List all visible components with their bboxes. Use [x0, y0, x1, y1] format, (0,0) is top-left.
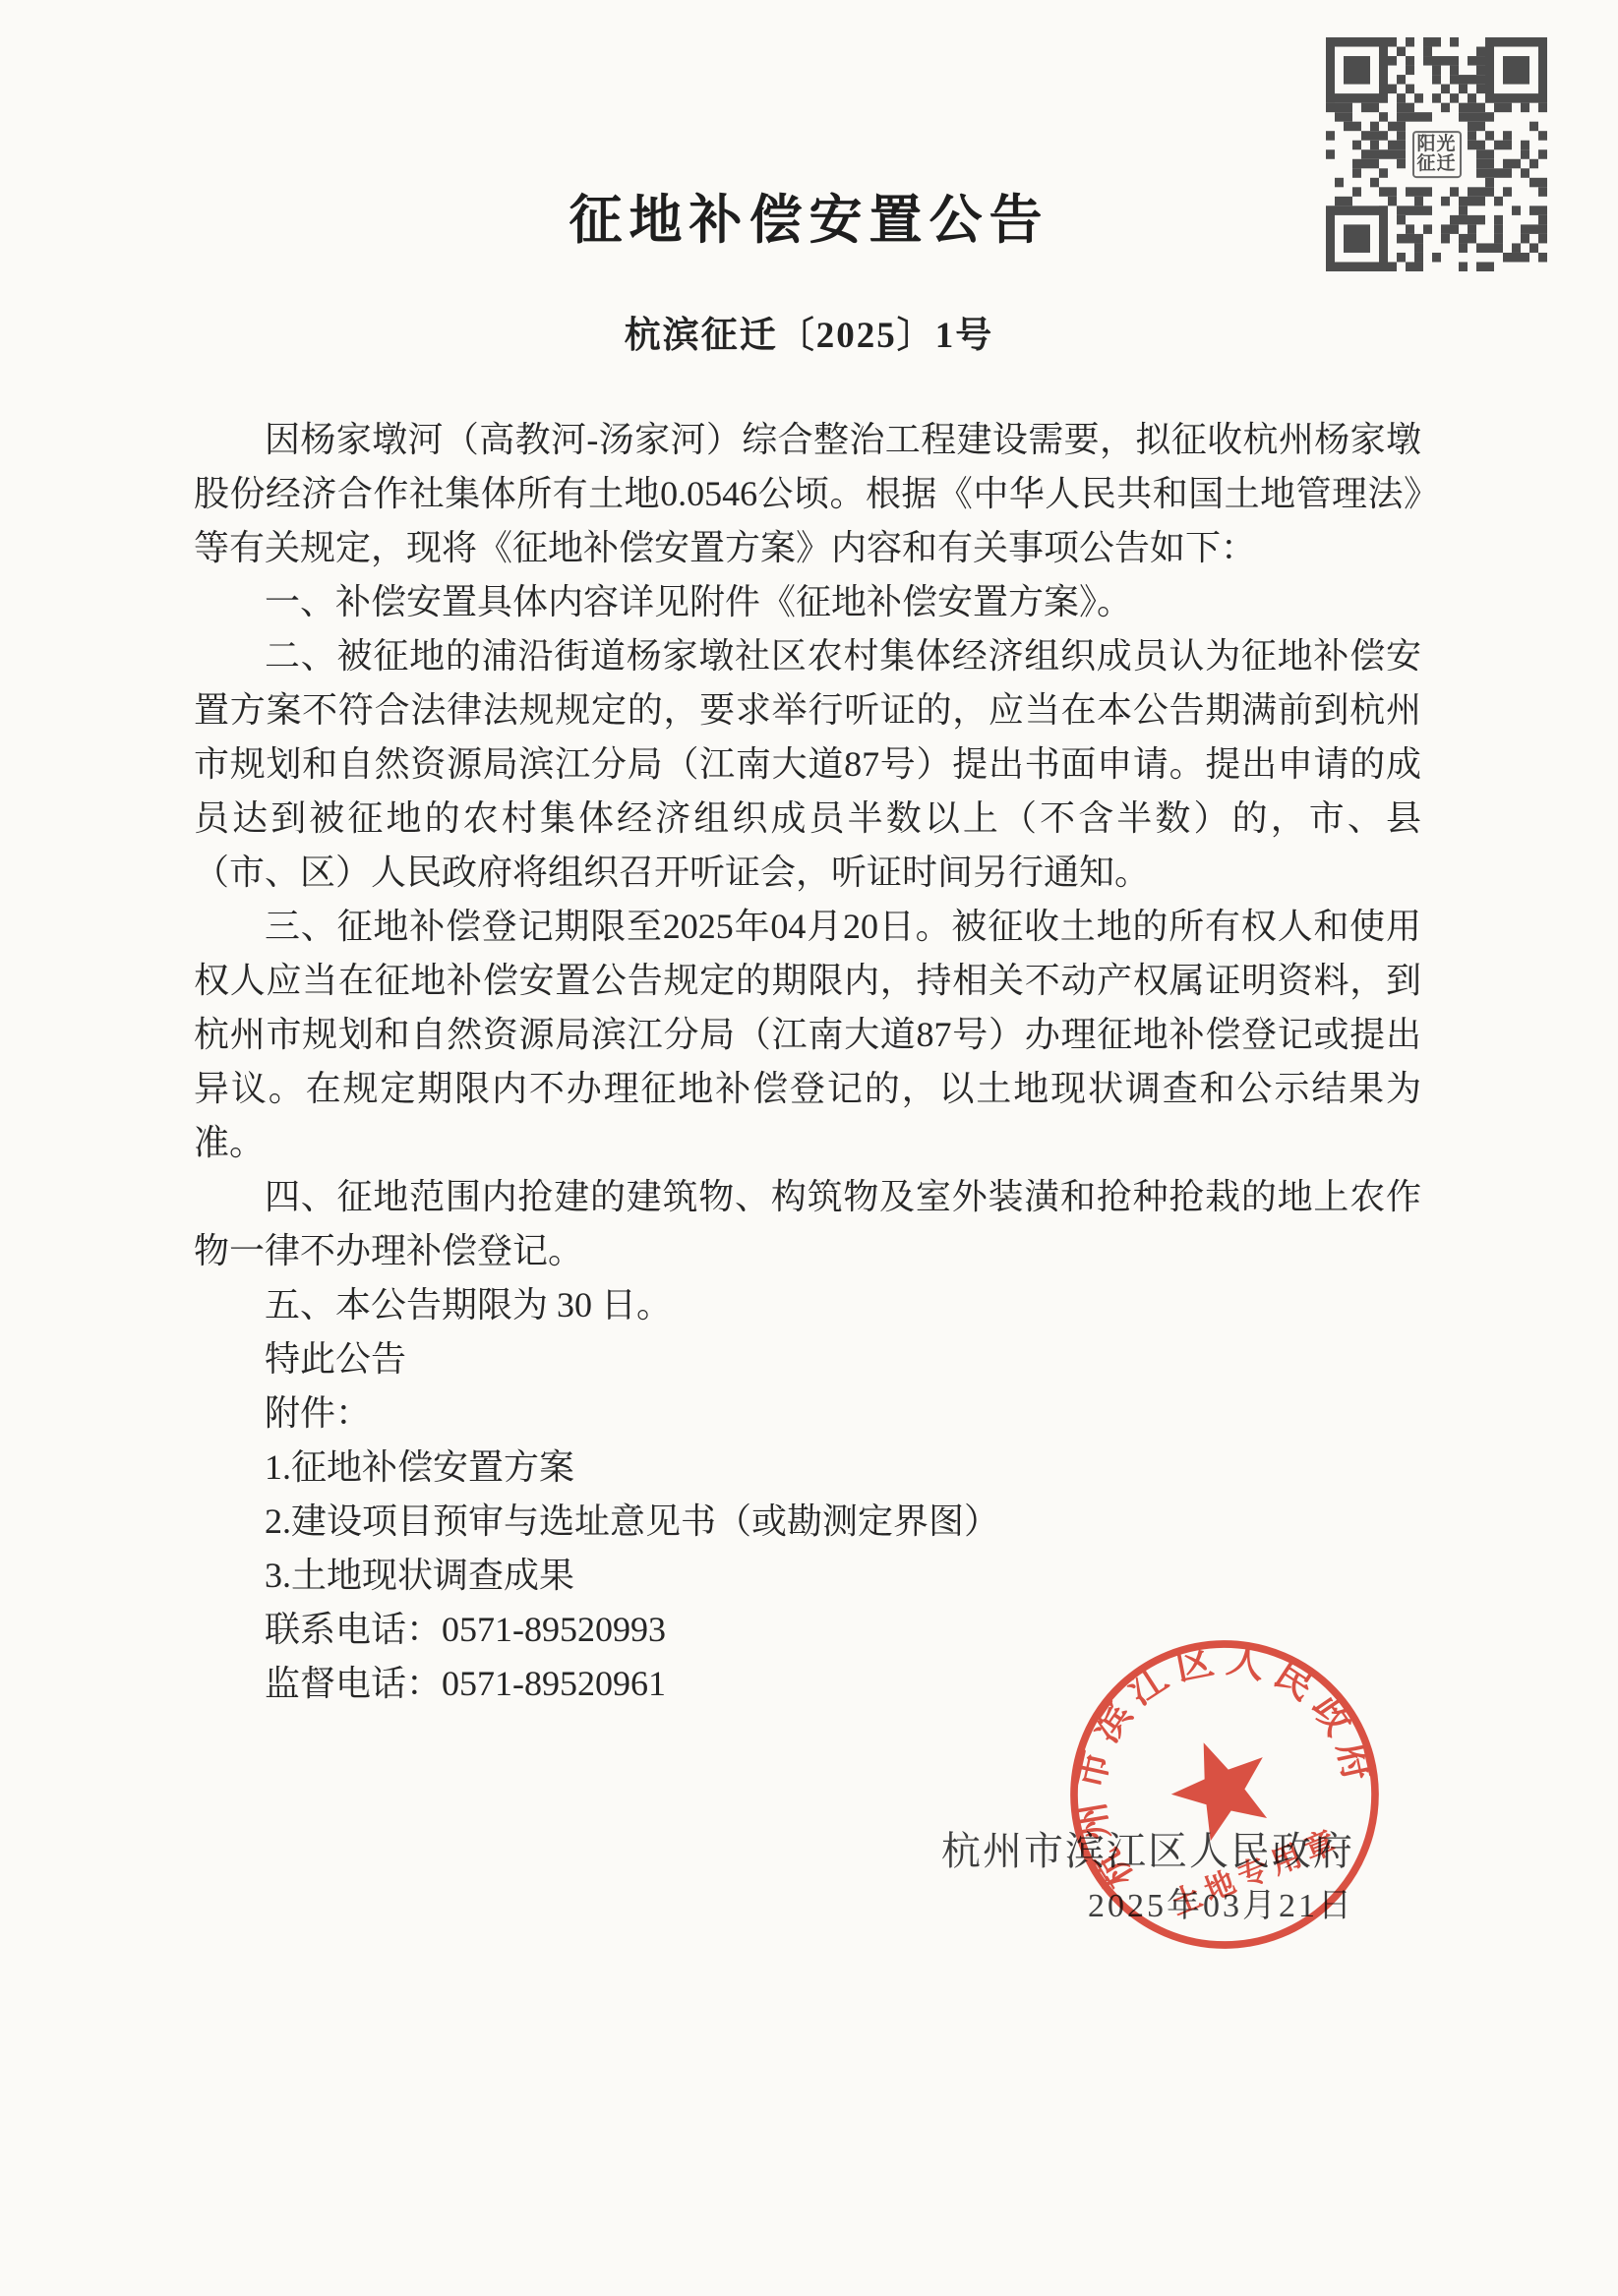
item-2: 二、被征地的浦沿街道杨家墩社区农村集体经济组织成员认为征地补偿安置方案不符合法律…	[194, 629, 1421, 900]
closing-line: 特此公告	[194, 1332, 1421, 1386]
attachment-2: 2.建设项目预审与选址意见书（或勘测定界图）	[194, 1495, 1421, 1549]
qr-label-line1: 阳光	[1416, 135, 1456, 154]
item-4: 四、征地范围内抢建的建筑物、构筑物及室外装潢和抢种抢栽的地上农作物一律不办理补偿…	[194, 1170, 1421, 1278]
qr-label-line2: 征迁	[1416, 154, 1456, 174]
qr-code: 阳光 征迁	[1326, 37, 1547, 271]
announcement-body: 因杨家墩河（高教河-汤家河）综合整治工程建设需要，拟征收杭州杨家墩股份经济合作社…	[194, 413, 1421, 1711]
attachments-label: 附件：	[194, 1386, 1421, 1441]
item-1: 一、补偿安置具体内容详见附件《征地补偿安置方案》。	[194, 575, 1421, 629]
seal-bottom-text: 土地专用章	[1166, 1822, 1346, 1921]
seal-star	[1158, 1724, 1285, 1848]
announcement-page: 阳光 征迁 征地补偿安置公告 杭滨征迁〔2025〕1号 因杨家墩河（高教河-汤家…	[0, 0, 1618, 2296]
item-3: 三、征地补偿登记期限至2025年04月20日。被征收土地的所有权人和使用权人应当…	[194, 900, 1421, 1170]
intro-paragraph: 因杨家墩河（高教河-汤家河）综合整治工程建设需要，拟征收杭州杨家墩股份经济合作社…	[194, 413, 1421, 575]
attachment-3: 3.土地现状调查成果	[194, 1549, 1421, 1603]
attachment-1: 1.征地补偿安置方案	[194, 1441, 1421, 1495]
item-5: 五、本公告期限为 30 日。	[194, 1278, 1421, 1332]
doc-number: 杭滨征迁〔2025〕1号	[0, 317, 1618, 356]
qr-center-label: 阳光 征迁	[1411, 131, 1461, 178]
